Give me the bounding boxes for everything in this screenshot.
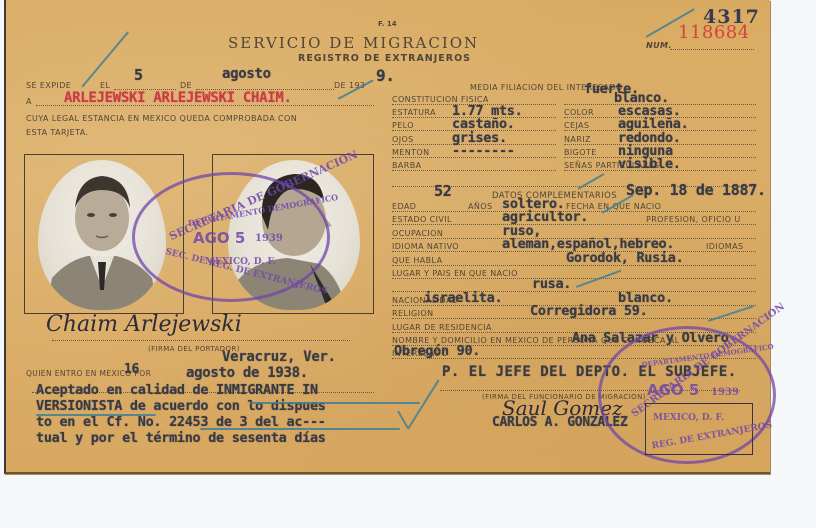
a-label: A bbox=[26, 97, 32, 106]
pen-check-mark bbox=[81, 31, 129, 87]
field-dots bbox=[392, 278, 756, 279]
issue-month: agosto bbox=[222, 66, 271, 82]
field-value: Corregidora 59. bbox=[530, 303, 647, 319]
field-label: BIGOTE bbox=[564, 148, 597, 157]
corner-stamp: SECRETARIA DE GOBERNACION DEPARTAMENTO D… bbox=[598, 326, 776, 464]
field-value: israelita. bbox=[424, 290, 502, 306]
issue-day: 5 bbox=[134, 66, 143, 84]
field-label: BARBA bbox=[392, 161, 421, 170]
de-label: DE bbox=[180, 81, 192, 90]
birth-date: Sep. 18 de 1887. bbox=[626, 181, 766, 199]
registration-number: 118684 bbox=[678, 22, 750, 43]
number-dots bbox=[670, 49, 754, 50]
stamp-year: 1939 bbox=[255, 233, 283, 244]
field-value: Obregón 90. bbox=[394, 343, 480, 359]
field-label: OCUPACION bbox=[392, 229, 443, 238]
stamp-year: 1939 bbox=[711, 387, 739, 398]
field-label: LUGAR DE RESIDENCIA bbox=[392, 323, 492, 332]
field-label: IDIOMAS bbox=[706, 242, 743, 251]
field-label: IDIOMA NATIVO bbox=[392, 242, 459, 251]
pen-check-mark bbox=[397, 411, 409, 429]
field-label: CEJAS bbox=[564, 121, 589, 130]
field-value: Gorodok, Rusia. bbox=[566, 250, 683, 266]
note-line: Aceptado en calidad de INMIGRANTE IN bbox=[36, 382, 318, 398]
number-label: NUM. bbox=[646, 41, 672, 50]
field-value: visible. bbox=[618, 156, 681, 172]
pen-arrow-mark bbox=[578, 173, 605, 190]
field-label: PELO bbox=[392, 121, 414, 130]
signature-dots bbox=[52, 340, 350, 341]
field-label: NARIZ bbox=[564, 135, 591, 144]
el-label: EL bbox=[100, 81, 110, 90]
field-label: MENTON bbox=[392, 148, 430, 157]
field-label: OJOS bbox=[392, 135, 414, 144]
legal-line-2: ESTA TARJETA. bbox=[26, 128, 88, 137]
document-title: SERVICIO DE MIGRACION bbox=[228, 34, 479, 52]
stamp-bottom-text: SEC. DE REG. DE EXTRANJEROS bbox=[164, 247, 328, 297]
field-label: QUE HABLA bbox=[392, 256, 442, 265]
immigration-card: F. 14 SERVICIO DE MIGRACION REGISTRO DE … bbox=[4, 0, 770, 474]
holder-signature: Chaim Arlejewski bbox=[46, 312, 242, 337]
legal-line-1: CUYA LEGAL ESTANCIA EN MEXICO QUEDA COMP… bbox=[26, 114, 297, 123]
field-label: RELIGION bbox=[392, 309, 433, 318]
pen-arrow-mark bbox=[708, 305, 754, 322]
issue-year: 9. bbox=[376, 66, 395, 85]
field-label: EDAD bbox=[392, 202, 416, 211]
pen-underline bbox=[36, 414, 156, 416]
field-label: ESTADO CIVIL bbox=[392, 215, 452, 224]
entry-date: agosto de 1938. bbox=[186, 365, 308, 381]
field-label: LUGAR Y PAIS EN QUE NACIO bbox=[392, 269, 518, 278]
field-value: rusa. bbox=[532, 276, 571, 292]
entry-port: Veracruz, Ver. bbox=[222, 349, 336, 365]
form-code: F. 14 bbox=[378, 20, 397, 28]
stamp-city: MEXICO, D. F. bbox=[653, 413, 724, 423]
note-line: tual y por el término de sesenta días bbox=[36, 430, 326, 446]
stamp-date: AGO 5 bbox=[193, 229, 245, 247]
field-label: PROFESION, OFICIO U bbox=[646, 215, 741, 224]
field-dots bbox=[392, 170, 556, 171]
field-label: COLOR bbox=[564, 108, 594, 117]
document-subtitle: REGISTRO DE EXTRANJEROS bbox=[298, 53, 471, 64]
pen-check-mark bbox=[407, 379, 439, 429]
field-value: -------- bbox=[452, 143, 515, 159]
entry-day: 16 bbox=[124, 362, 139, 377]
stamp-date: AGO 5 bbox=[647, 381, 699, 399]
field-label: AÑOS bbox=[468, 202, 492, 211]
se-expide-label: SE EXPIDE bbox=[26, 81, 71, 90]
photo-stamp: SECRETARIA DE GOBERNACION DEPARTAMENTO D… bbox=[132, 172, 330, 302]
note-line: VERSIONISTA de acuerdo con lo dispues bbox=[36, 398, 326, 414]
pen-underline bbox=[200, 428, 400, 430]
age-value: 52 bbox=[434, 182, 451, 200]
field-label: ESTATURA bbox=[392, 108, 436, 117]
pen-underline bbox=[250, 402, 420, 404]
holder-name: ARLEJEWSKI ARLEJEWSKI CHAIM. bbox=[64, 90, 292, 106]
